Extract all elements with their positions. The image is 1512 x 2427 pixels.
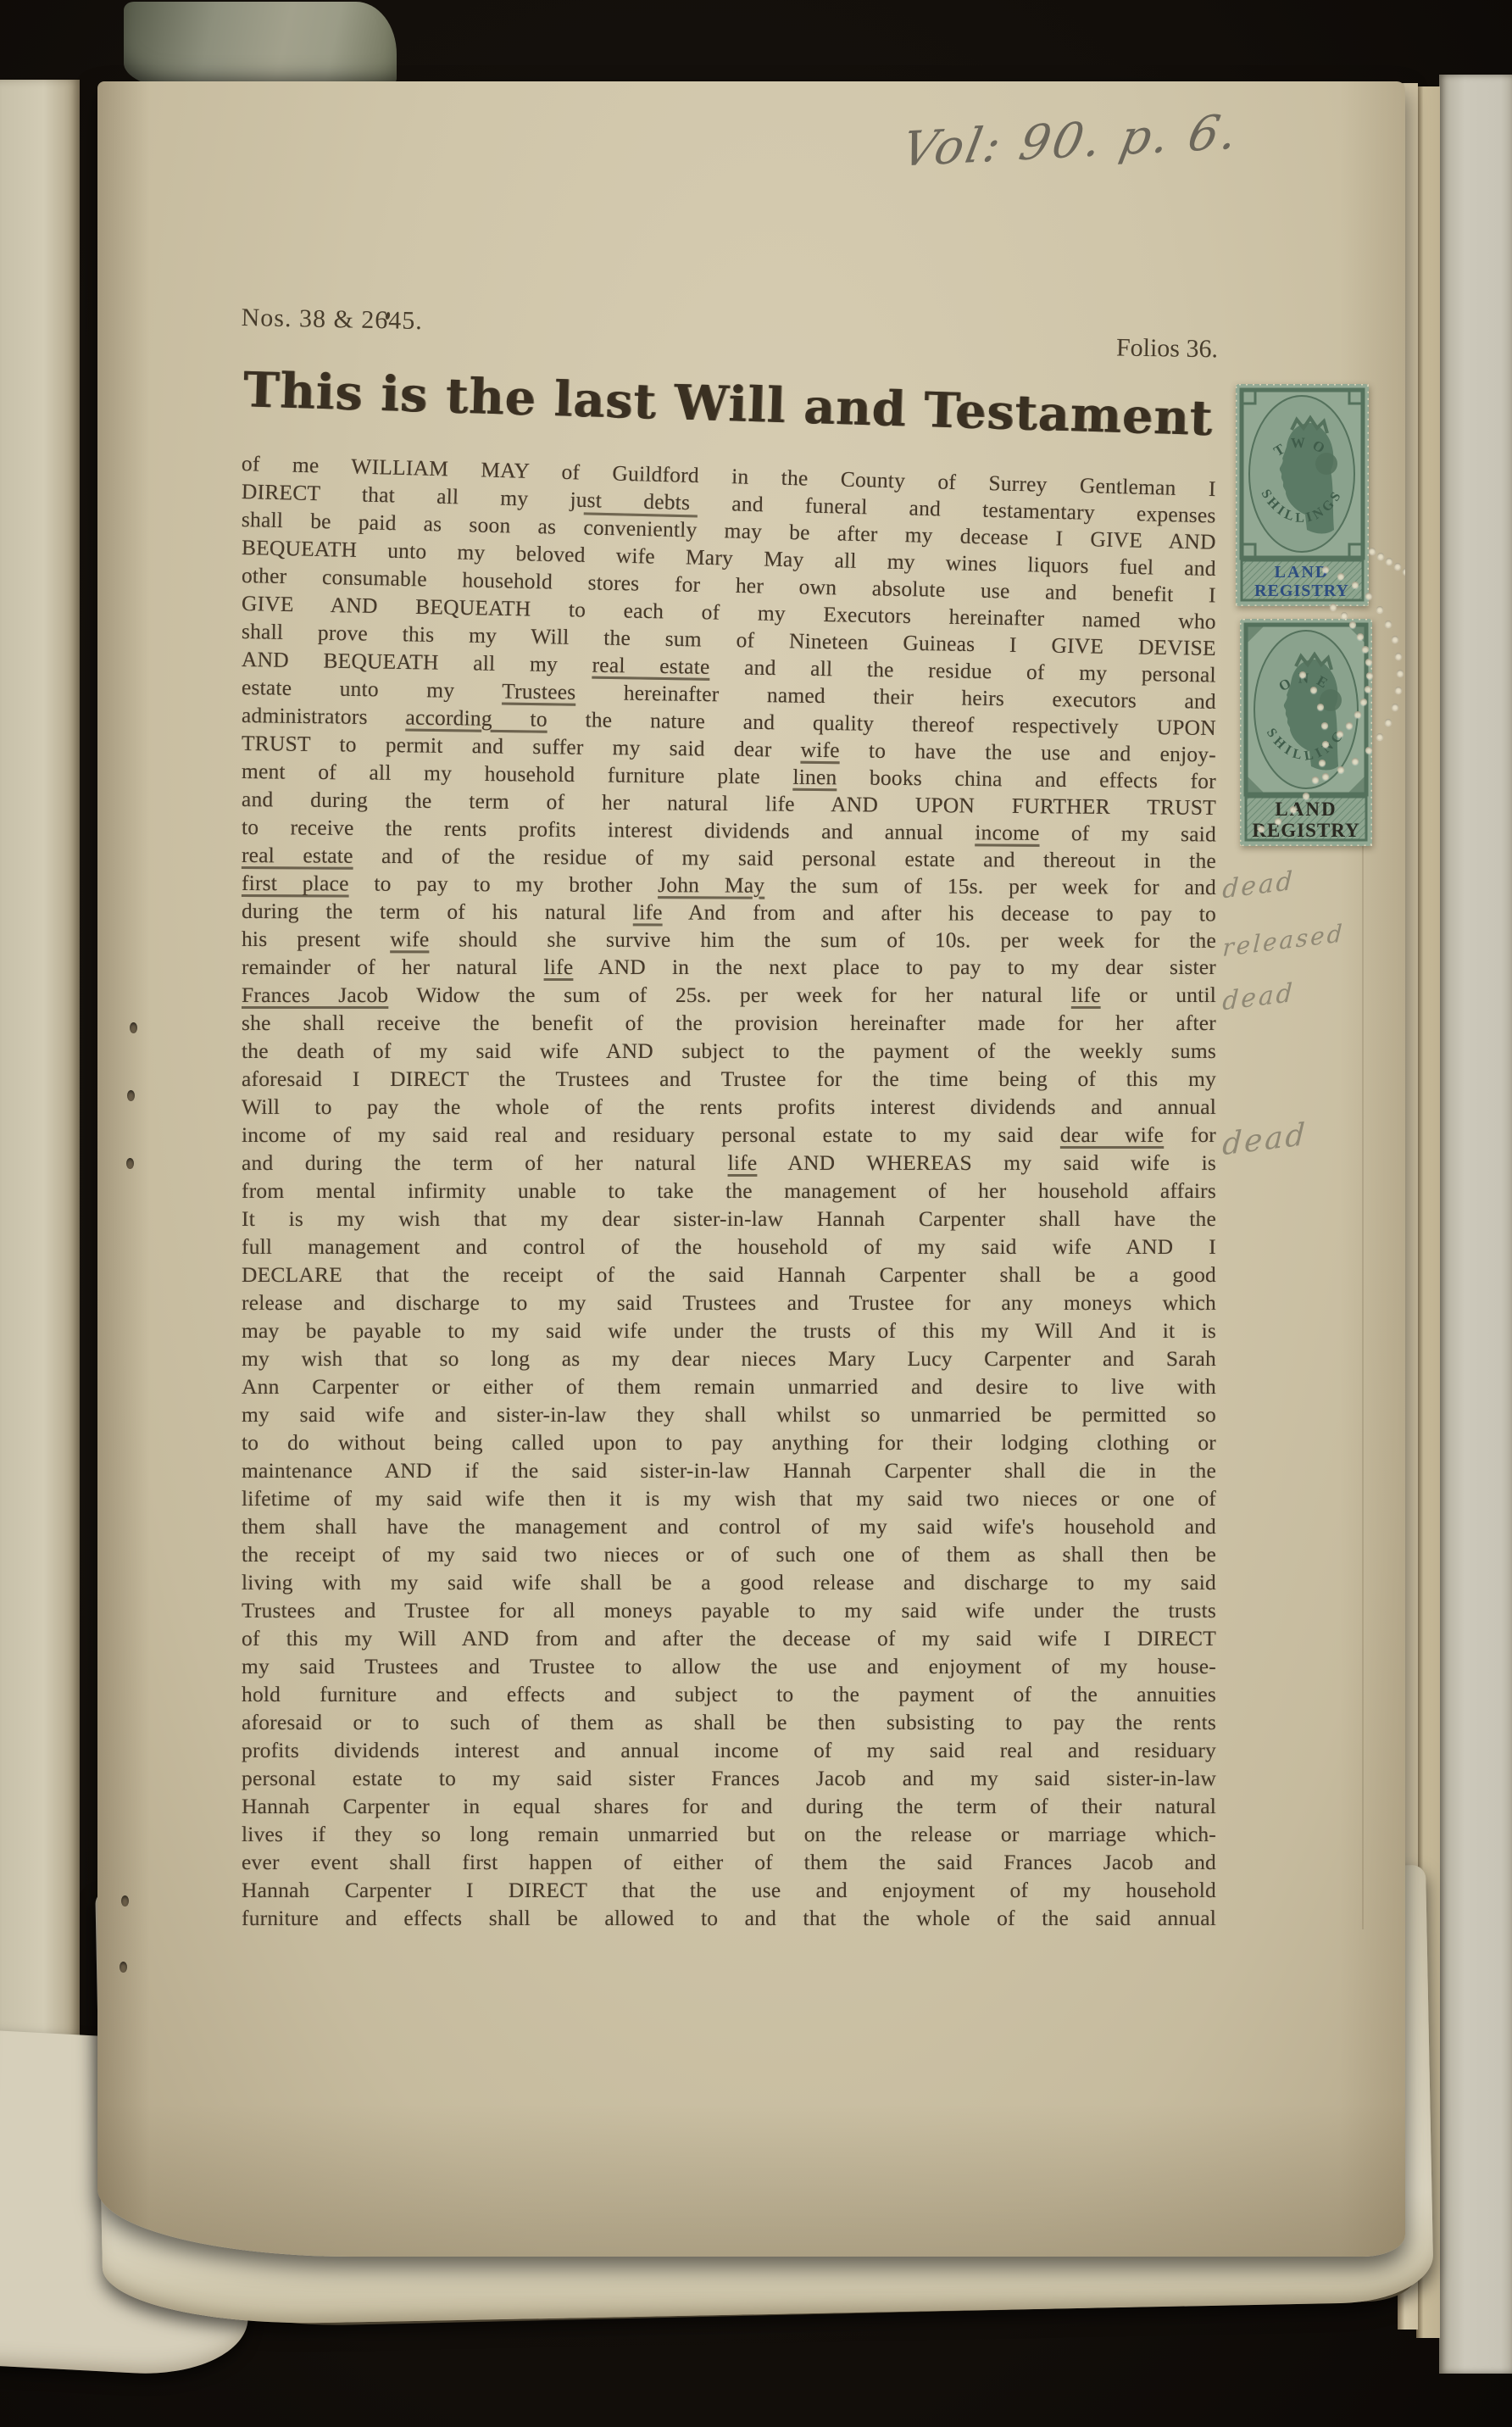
perforation-dot [1354,711,1361,718]
pencil-underlined-text: Trustees [502,679,576,704]
will-body-line: maintenance AND if the said sister-in-la… [242,1456,1216,1484]
will-page: Vol: 90. p. 6. Nos. 38 & 2645. Folios 36… [97,81,1405,2257]
scanned-will-photograph: { "page": { "handwritten_ref": "Vol: 90.… [0,0,1512,2427]
binder-hole [121,1895,129,1907]
will-body-line: Hannah Carpenter I DIRECT that the use a… [242,1876,1216,1904]
will-body-line: them shall have the management and contr… [242,1512,1216,1540]
pencil-underlined-text: first place [242,871,349,896]
pencil-underlined-text: income [975,820,1039,845]
pencil-underlined-text: life [544,955,574,979]
pencil-underlined-text: according to [405,705,548,732]
will-body-line: my said Trustees and Trustee to allow th… [242,1652,1216,1680]
perforation-dot [1395,653,1402,660]
will-body-line: hold furniture and effects and subject t… [242,1680,1216,1708]
will-body-line: remainder of her natural life AND in the… [242,953,1216,981]
will-body-line: Will to pay the whole of the rents profi… [242,1093,1216,1121]
pencil-overlined-text: conveniently [583,515,698,542]
stamp-two-shillings-land-registry: TWO SHILLINGS LAND REGISTRY [1236,384,1369,606]
margin-annotation: dead [1221,978,1295,1017]
will-body-line: during the term of his natural life And … [242,897,1216,927]
stamp-overprint-line2: REGISTRY [1252,820,1359,841]
will-body-line: of this my Will AND from and after the d… [242,1624,1216,1652]
stamp-overprint-line1: LAND [1275,799,1337,820]
will-body-line: profits dividends interest and annual in… [242,1736,1216,1764]
binder-hole [127,1090,135,1101]
will-body-line: Frances Jacob Widow the sum of 25s. per … [242,981,1216,1009]
perforation-dot [1394,563,1401,570]
perforation-dot [1403,568,1405,575]
will-body-line: his present wife should she survive him … [242,925,1216,955]
perforation-dot [1303,793,1309,799]
perforation-dot [1310,687,1317,693]
will-body-line: my said wife and sister-in-law they shal… [242,1400,1216,1428]
will-body-line: personal estate to my said sister France… [242,1764,1216,1792]
will-body-line: aforesaid or to such of them as shall be… [242,1708,1216,1736]
will-title: This is the last Will and Testament [236,361,1220,447]
will-body-line: lives if they so long remain unmarried b… [242,1820,1216,1848]
will-body: of me WILLIAM MAY of Guildford in the Co… [242,449,1216,1932]
will-body-line: Trustees and Trustee for all moneys paya… [242,1596,1216,1624]
perforation-dot [1392,704,1398,710]
will-body-line: release and discharge to my said Trustee… [242,1289,1216,1316]
margin-annotation: dead [1221,866,1295,905]
folios-label: Folios 36. [962,331,1218,365]
will-body-line: from mental infirmity unable to take the… [242,1177,1216,1205]
stamp-overprint-line2: REGISTRY [1254,582,1349,600]
will-body-line: may be payable to my said wife under the… [242,1316,1216,1344]
will-body-line: income of my said real and residuary per… [242,1121,1216,1149]
perforation-dot [1386,558,1392,565]
perforation-dot [1275,818,1281,825]
pencil-underlined-text: dear wife [1060,1122,1164,1147]
will-body-line: DECLARE that the receipt of the said Han… [242,1261,1216,1289]
stamp-one-shilling-land-registry: ONE SHILLING LAND REGISTRY [1240,619,1372,846]
will-body-line: and during the term of her natural life … [242,1149,1216,1177]
perforation-dot [1385,719,1392,726]
will-body-line: Hannah Carpenter in equal shares for and… [242,1792,1216,1820]
will-body-line: Ann Carpenter or either of them remain u… [242,1372,1216,1400]
pencil-underlined-text: life [1071,982,1101,1007]
perforation-dot [1376,733,1383,740]
binder-hole [126,1158,134,1169]
perforation-dot [1322,773,1329,780]
will-body-line: furniture and effects shall be allowed t… [242,1904,1216,1932]
underlying-gray-page-edge [1439,75,1512,2374]
will-body-line: she shall receive the benefit of the pro… [242,1009,1216,1037]
document-numbers: Nos. 38 & 2645. [241,303,423,336]
will-body-line: first place to pay to my brother John Ma… [242,869,1216,901]
perforation-dot [1357,633,1364,640]
perforation-dot [1392,636,1398,643]
perforation-dot [1352,758,1359,765]
perforation-dot [1322,741,1329,748]
perforation-dot [1397,670,1404,676]
pencil-underlined-text: real estate [242,843,353,868]
will-body-line: the death of my said wife AND subject to… [242,1037,1216,1065]
will-body-line: my wish that so long as my dear nieces M… [242,1344,1216,1372]
will-body-line: living with my said wife shall be a good… [242,1568,1216,1596]
will-body-line: full management and control of the house… [242,1233,1216,1261]
tissue-interleaf-fragment [124,2,397,88]
pencil-underlined-text: real estate [592,653,709,679]
will-body-line: lifetime of my said wife then it is my w… [242,1484,1216,1512]
pencil-underlined-text: wife [390,927,429,951]
will-body-line: to do without being called upon to pay a… [242,1428,1216,1456]
margin-annotation: released [1222,919,1346,962]
perforation-dot [1337,573,1344,580]
pencil-underlined-text: Frances Jacob [242,982,388,1007]
perforation-dot [1319,760,1326,766]
pencil-underlined-text: life [633,899,663,924]
will-body-line: ever event shall first happen of either … [242,1848,1216,1876]
pencil-underlined-text: linen [792,765,837,790]
perforation-dot [1365,747,1372,754]
binder-hole [130,1022,137,1033]
perforation-dot [1330,604,1337,610]
margin-annotation: dead [1221,1117,1308,1163]
perforation-dot [1377,553,1384,559]
perforation-dot [1376,606,1383,613]
stamp-overprint-line1: LAND [1275,563,1330,582]
perforation-dot [1346,722,1353,729]
pencil-underlined-text: wife [800,738,839,763]
handwritten-volume-ref: Vol: 90. p. 6. [898,104,1245,178]
pencil-underlined-text: John May [658,872,764,898]
pencil-underlined-text: life [728,1150,758,1175]
will-body-line: aforesaid I DIRECT the Trustees and Trus… [242,1065,1216,1093]
perforation-dot [1369,548,1376,554]
page-crease [1362,726,1364,1929]
perforation-dot [1322,566,1329,573]
will-body-line: the receipt of my said two nieces or of … [242,1540,1216,1568]
will-body-line: It is my wish that my dear sister-in-law… [242,1205,1216,1233]
underlying-left-page-strip [0,80,80,2328]
perforation-dot [1385,621,1392,627]
perforation-dot [1341,612,1348,619]
perforation-dot [1395,687,1402,693]
binder-hole [120,1962,127,1973]
